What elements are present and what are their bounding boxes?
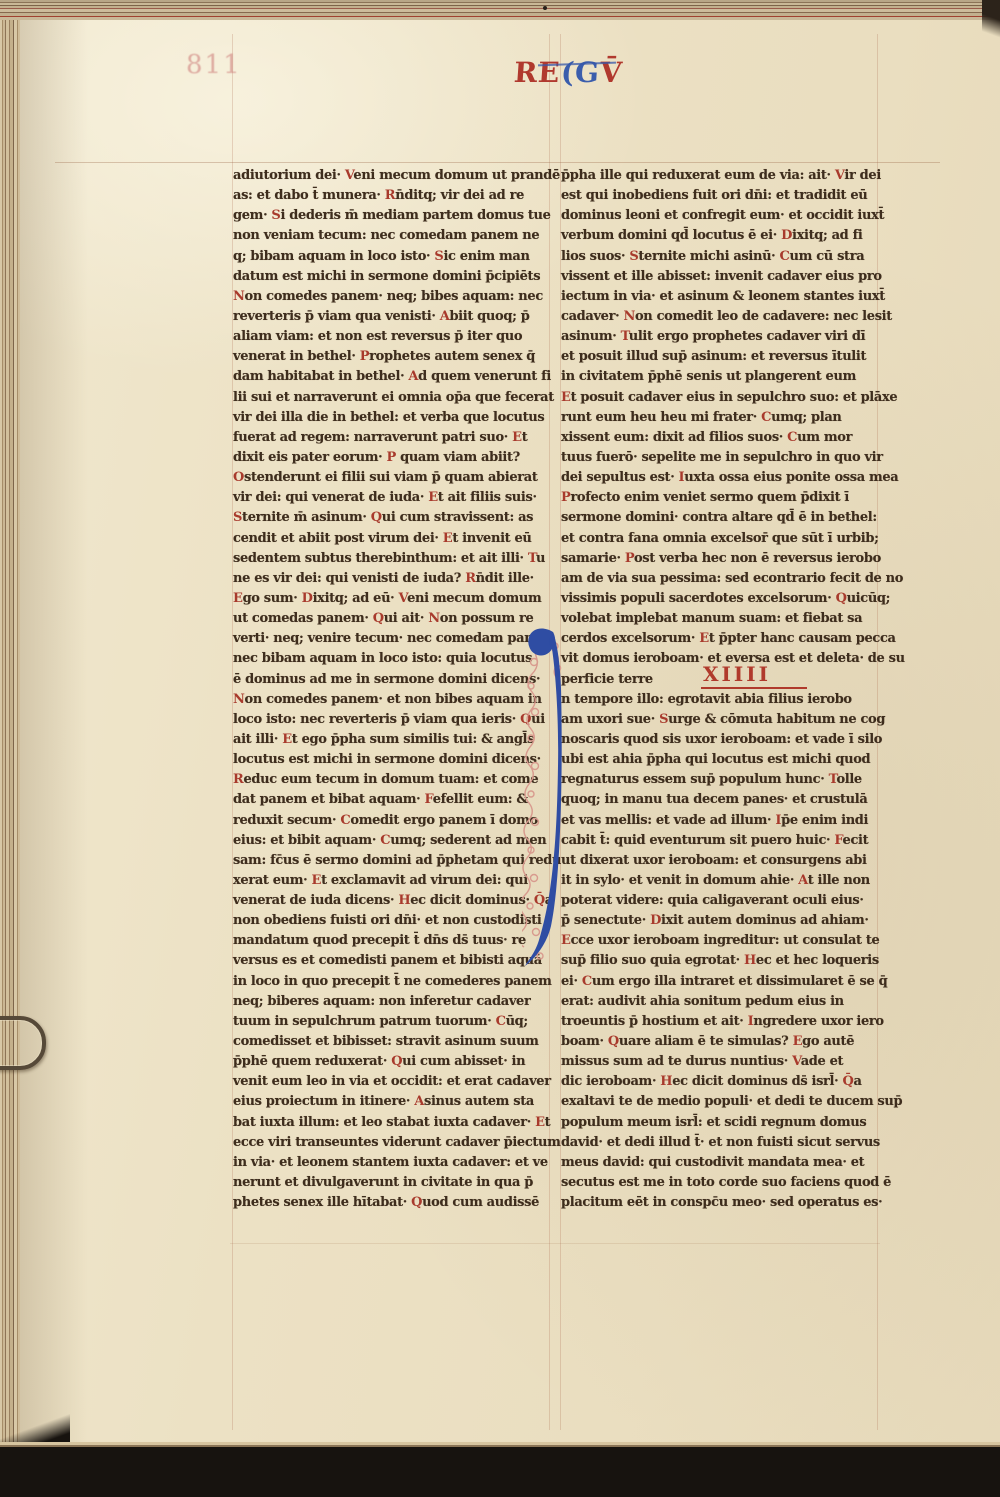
text-line: q; bibam aquam in loco isto· Sic enim ma… <box>233 247 549 267</box>
text-line: cerdos excelsorum· Et p̄pter hanc causam… <box>561 629 881 649</box>
text-line: eius proiectum in itinere· Asinus autem … <box>233 1092 549 1112</box>
running-title: RE(GV̄ <box>514 56 623 89</box>
text-line: vissent et ille abisset: invenit cadaver… <box>561 267 881 287</box>
running-title-letter: R <box>513 56 540 89</box>
binding-shadow <box>18 14 88 1442</box>
text-line: ē dominus ad me in sermone domini dicens… <box>233 670 549 690</box>
text-line: locutus est michi in sermone domini dice… <box>233 750 549 770</box>
penwork-filigree <box>522 640 561 959</box>
text-line: reverteris p̄ viam qua venisti· Abiit qu… <box>233 307 549 327</box>
text-line: ait illi· Et ego p̄pha sum similis tui: … <box>233 730 549 750</box>
text-line: eius: et bibit aquam· Cumq; sederent ad … <box>233 831 549 851</box>
text-line: dixit eis pater eorum· P quam viam abiit… <box>233 448 549 468</box>
text-line: cendit et abiit post virum dei· Et inven… <box>233 529 549 549</box>
text-line: nerunt et divulgaverunt in civitate in q… <box>233 1173 549 1193</box>
text-line: vir dei: qui venerat de iuda· Et ait fil… <box>233 488 549 508</box>
text-line: sedentem subtus therebinthum: et ait ill… <box>233 549 549 569</box>
book-leaf-edges-top <box>0 0 1000 20</box>
text-line: vir dei illa die in bethel: et verba que… <box>233 408 549 428</box>
text-line: reduxit secum· Comedit ergo panem ī domo <box>233 811 549 831</box>
ink-speck <box>543 6 547 10</box>
text-column-right: p̄pha ille qui reduxerat eum de via: ait… <box>561 166 881 1213</box>
text-line: in civitatem p̄phē senis ut plangerent e… <box>561 367 881 387</box>
table-background-band <box>0 1442 1000 1497</box>
page-corner-shadow-bottom-left <box>0 1414 70 1444</box>
text-line: troeuntis p̄ hostium et ait· Ingredere u… <box>561 1012 881 1032</box>
ruling-line-horizontal <box>55 162 940 163</box>
text-line: vissimis populi sacerdotes excelsorum· Q… <box>561 589 881 609</box>
text-line: mandatum quod precepit t̄ dn̄s ds̄ tuus·… <box>233 931 549 951</box>
text-line: am uxori sue· Surge & cōmuta habitum ne … <box>561 710 881 730</box>
text-line: dam habitabat in bethel· Ad quem venerun… <box>233 367 549 387</box>
text-line: lii sui et narraverunt ei omnia op̄a que… <box>233 388 549 408</box>
text-line: venerat de iuda dicens· Hec dicit dominu… <box>233 891 549 911</box>
ruling-line-horizontal <box>230 1243 880 1244</box>
text-line: loco isto: nec reverteris p̄ viam qua ie… <box>233 710 549 730</box>
text-line: david· et dedi illud t̄· et non fuisti s… <box>561 1133 881 1153</box>
text-line: regnaturus essem sup̄ populum hunc· Toll… <box>561 770 881 790</box>
text-line: Reduc eum tecum in domum tuam: et come <box>233 770 549 790</box>
text-line: in loco in quo precepit t̄ ne comederes … <box>233 972 549 992</box>
text-line: boam· Quare aliam ē te simulas? Ego autē <box>561 1032 881 1052</box>
folio-number: 811 <box>186 50 242 80</box>
text-line: xissent eum: dixit ad filios suos· Cum m… <box>561 428 881 448</box>
text-line: datum est michi in sermone domini p̄cipi… <box>233 267 549 287</box>
text-line: sup̄ filio suo quia egrotat· Hec et hec … <box>561 951 881 971</box>
text-line: ecce viri transeuntes viderunt cadaver p… <box>233 1133 549 1153</box>
text-line: as: et dabo t̄ munera· Rn̄ditq; vir dei … <box>233 186 549 206</box>
text-column-left: adiutorium dei· Veni mecum domum ut pran… <box>233 166 549 1213</box>
text-line: Sternite m̄ asinum· Qui cum stravissent:… <box>233 508 549 528</box>
text-line: ne es vir dei: qui venisti de iuda? Rn̄d… <box>233 569 549 589</box>
text-line: et posuit illud sup̄ asinum: et reversus… <box>561 347 881 367</box>
text-line: p̄phē quem reduxerat· Qui cum abisset· i… <box>233 1052 549 1072</box>
text-line: aliam viam: et non est reversus p̄ iter … <box>233 327 549 347</box>
text-line: ut comedas panem· Qui ait· Non possum re <box>233 609 549 629</box>
text-line: placitum eēt in conspc̄u meo· sed operat… <box>561 1193 881 1213</box>
text-line: p̄ senectute· Dixit autem dominus ad ahi… <box>561 911 881 931</box>
book-leaf-edges-left <box>0 10 20 1450</box>
running-title-letter: E <box>537 56 562 89</box>
text-line: bat iuxta illum: et leo stabat iuxta cad… <box>233 1113 549 1133</box>
text-line: cadaver· Non comedit leo de cadavere: ne… <box>561 307 881 327</box>
text-line: ut dixerat uxor ieroboam: et consurgens … <box>561 851 881 871</box>
text-line: dei sepultus est· Iuxta ossa eius ponite… <box>561 468 881 488</box>
text-line: et contra fana omnia excelsor̄ que sūt ī… <box>561 529 881 549</box>
text-line: dominus leoni et confregit eum· et occid… <box>561 206 881 226</box>
text-line: dat panem et bibat aquam· Fefellit eum: … <box>233 790 549 810</box>
text-line: sam: fc̄us ē sermo domini ad p̄phetam qu… <box>233 851 549 871</box>
text-line: am de via sua pessima: sed econtrario fe… <box>561 569 881 589</box>
text-line: Non comedes panem· et non bibes aquam in <box>233 690 549 710</box>
text-line: asinum· Tulit ergo prophetes cadaver vir… <box>561 327 881 347</box>
text-line: venerat in bethel· Prophetes autem senex… <box>233 347 549 367</box>
text-line: noscaris quod sis uxor ieroboam: et vade… <box>561 730 881 750</box>
text-line: ubi est ahia p̄pha qui locutus est michi… <box>561 750 881 770</box>
text-line: tuus fuerō· sepelite me in sepulchro in … <box>561 448 881 468</box>
text-line: gem· Si dederis m̄ mediam partem domus t… <box>233 206 549 226</box>
text-line: dic ieroboam· Hec dicit dominus ds̄ isrl… <box>561 1072 881 1092</box>
text-line: secutus est me in toto corde suo faciens… <box>561 1173 881 1193</box>
text-line: cabit t̄: quid eventurum sit puero huic·… <box>561 831 881 851</box>
manuscript-photo: 811 RE(GV̄ adiutorium dei· Veni mecum do… <box>0 0 1000 1497</box>
text-line: p̄pha ille qui reduxerat eum de via: ait… <box>561 166 881 186</box>
text-line: fuerat ad regem: narraverunt patri suo· … <box>233 428 549 448</box>
text-line: est qui inobediens fuit ori dn̄i: et tra… <box>561 186 881 206</box>
text-line: ei· Cum ergo illa intraret et dissimular… <box>561 972 881 992</box>
text-line: poterat videre: quia caligaverant oculi … <box>561 891 881 911</box>
text-line: sermone domini· contra altare qd̄ ē in b… <box>561 508 881 528</box>
text-line: meus david: qui custodivit mandata mea· … <box>561 1153 881 1173</box>
text-line: missus sum ad te durus nuntius· Vade et <box>561 1052 881 1072</box>
text-line: Ostenderunt ei filii sui viam p̄ quam ab… <box>233 468 549 488</box>
text-line: tuum in sepulchrum patrum tuorum· Cūq; <box>233 1012 549 1032</box>
text-line: Non comedes panem· neq; bibes aquam: nec <box>233 287 549 307</box>
text-line: Ecce uxor ieroboam ingreditur: ut consul… <box>561 931 881 951</box>
chapter-number-rubric: XIIII <box>701 662 807 689</box>
text-line: xerat eum· Et exclamavit ad virum dei: q… <box>233 871 549 891</box>
text-line: phetes senex ille hītabat· Quod cum audi… <box>233 1193 549 1213</box>
text-line: et vas mellis: et vade ad illum· Ip̄e en… <box>561 811 881 831</box>
text-line: erat: audivit ahia sonitum pedum eius in <box>561 992 881 1012</box>
text-line: Profecto enim veniet sermo quem p̄dixit … <box>561 488 881 508</box>
text-line: adiutorium dei· Veni mecum domum ut pran… <box>233 166 549 186</box>
text-line: n tempore illo: egrotavit abia filius ie… <box>561 690 881 710</box>
text-line: runt eum heu heu mi frater· Cumq; plan <box>561 408 881 428</box>
text-line: populum meum isrl̄: et scidi regnum domu… <box>561 1113 881 1133</box>
text-line: neq; biberes aquam: non inferetur cadave… <box>233 992 549 1012</box>
text-line: quoq; in manu tua decem panes· et crustu… <box>561 790 881 810</box>
text-line: volebat implebat manum suam: et fiebat s… <box>561 609 881 629</box>
text-line: iectum in via· et asinum & leonem stante… <box>561 287 881 307</box>
text-line: verbum domini qd̄ locutus ē ei· Dixitq; … <box>561 226 881 246</box>
text-line: it in sylo· et venit in domum ahie· At i… <box>561 871 881 891</box>
text-line: non obediens fuisti ori dn̄i· et non cus… <box>233 911 549 931</box>
text-line: venit eum leo in via et occidit: et erat… <box>233 1072 549 1092</box>
text-line: versus es et comedisti panem et bibisti … <box>233 951 549 971</box>
page-corner-shadow-top-right <box>982 0 1000 44</box>
text-line: non veniam tecum: nec comedam panem ne <box>233 226 549 246</box>
text-line: Et posuit cadaver eius in sepulchro suo:… <box>561 388 881 408</box>
text-line: lios suos· Sternite michi asinū· Cum cū … <box>561 247 881 267</box>
running-title-letter: G <box>574 56 601 89</box>
text-line: verti· neq; venire tecum· nec comedam pa… <box>233 629 549 649</box>
text-line: in via· et leonem stantem iuxta cadaver:… <box>233 1153 549 1173</box>
text-line: nec bibam aquam in loco isto: quia locut… <box>233 649 549 669</box>
text-line: samarie· Post verba hec non ē reversus i… <box>561 549 881 569</box>
text-line: comedisset et bibisset: stravit asinum s… <box>233 1032 549 1052</box>
text-line: exaltavi te de medio populi· et dedi te … <box>561 1092 881 1112</box>
illuminated-initial-I <box>522 626 564 970</box>
text-line: Ego sum· Dixitq; ad eū· Veni mecum domum <box>233 589 549 609</box>
